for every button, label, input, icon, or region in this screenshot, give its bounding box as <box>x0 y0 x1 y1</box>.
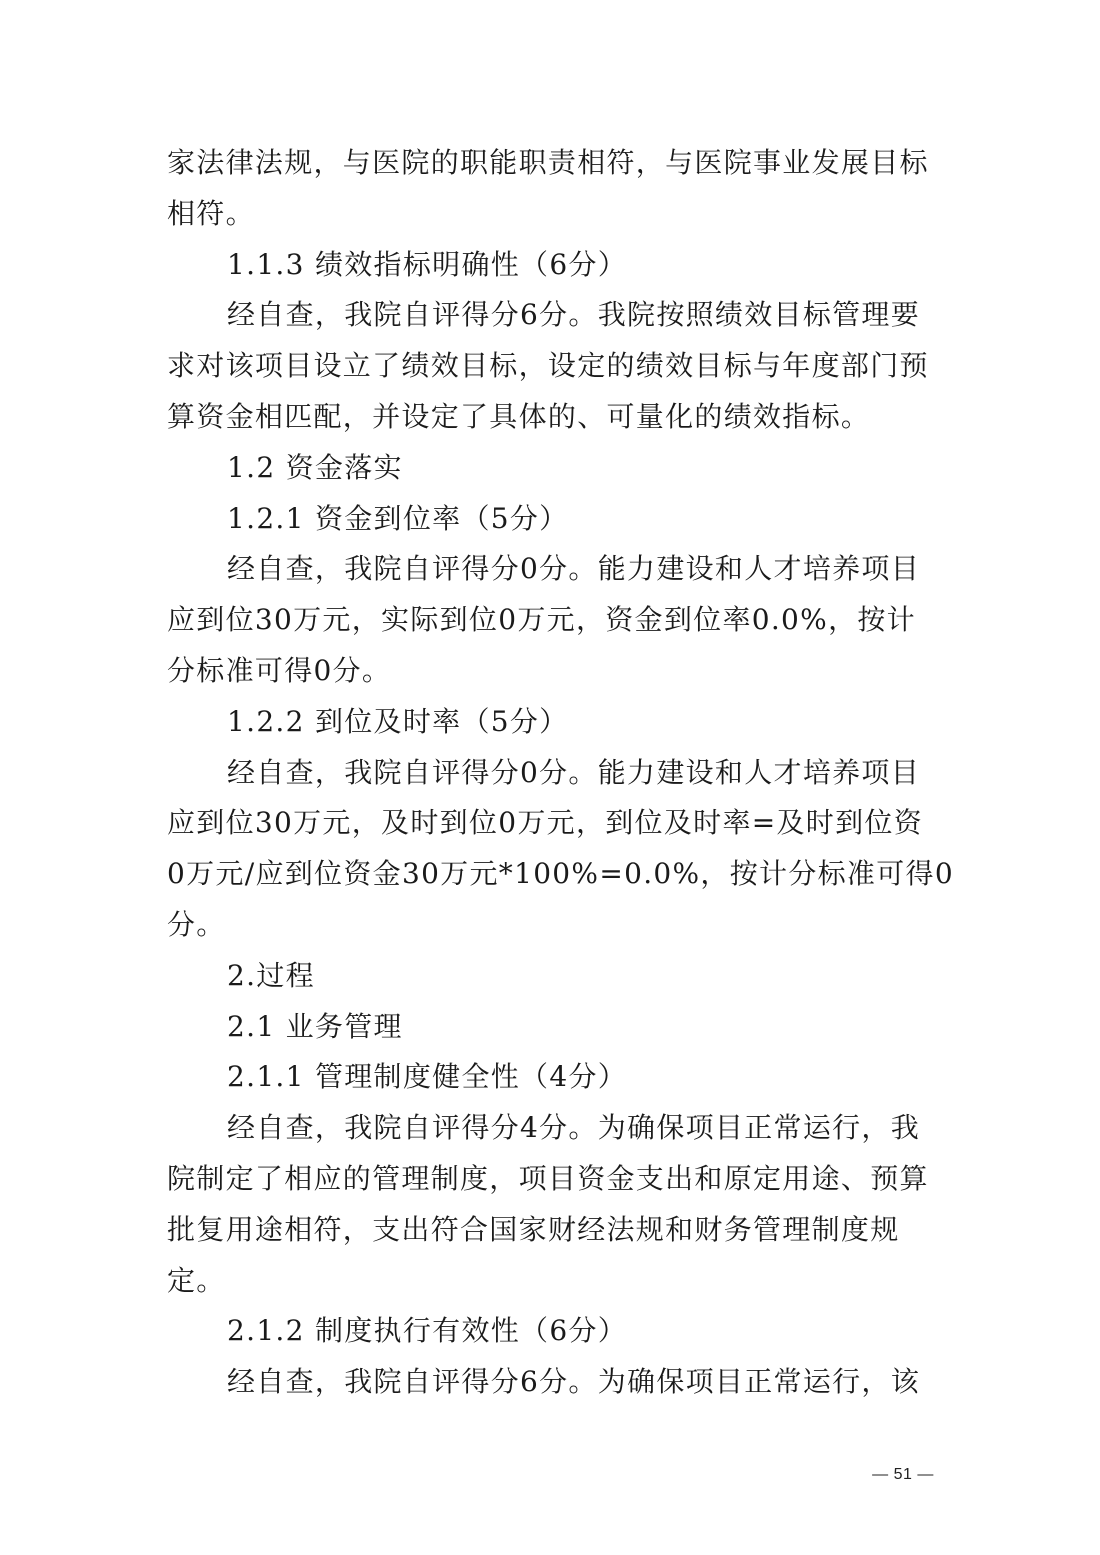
section-heading-2-1-1: 2.1.1 管理制度健全性（4分） <box>167 1052 935 1103</box>
section-heading-1-2-2: 1.2.2 到位及时率（5分） <box>167 697 935 748</box>
text-line: 定。 <box>167 1256 935 1307</box>
section-heading-1-2-1: 1.2.1 资金到位率（5分） <box>167 494 935 545</box>
text-line: 经自查，我院自评得分6分。我院按照绩效目标管理要 <box>167 290 935 341</box>
section-heading-1-2: 1.2 资金落实 <box>167 443 935 494</box>
text-line: 应到位30万元，及时到位0万元，到位及时率=及时到位资 <box>167 798 935 849</box>
section-heading-1-1-3: 1.1.3 绩效指标明确性（6分） <box>167 240 935 291</box>
text-line: 应到位30万元，实际到位0万元，资金到位率0.0%，按计 <box>167 595 935 646</box>
text-line: 经自查，我院自评得分6分。为确保项目正常运行，该 <box>167 1357 935 1408</box>
document-page: 家法律法规，与医院的职能职责相符，与医院事业发展目标 相符。 1.1.3 绩效指… <box>0 0 1100 1555</box>
text-line: 算资金相匹配，并设定了具体的、可量化的绩效指标。 <box>167 392 935 443</box>
section-heading-2-1-2: 2.1.2 制度执行有效性（6分） <box>167 1306 935 1357</box>
text-line: 求对该项目设立了绩效目标，设定的绩效目标与年度部门预 <box>167 341 935 392</box>
text-line: 批复用途相符，支出符合国家财经法规和财务管理制度规 <box>167 1205 935 1256</box>
text-line: 经自查，我院自评得分0分。能力建设和人才培养项目 <box>167 544 935 595</box>
page-number: — 51 — <box>868 1466 938 1484</box>
text-line: 0万元/应到位资金30万元*100%=0.0%，按计分标准可得0 <box>167 849 935 900</box>
text-line: 相符。 <box>167 189 935 240</box>
text-line: 经自查，我院自评得分4分。为确保项目正常运行，我 <box>167 1103 935 1154</box>
text-line: 分标准可得0分。 <box>167 646 935 697</box>
text-line: 经自查，我院自评得分0分。能力建设和人才培养项目 <box>167 748 935 799</box>
section-heading-2: 2.过程 <box>167 951 935 1002</box>
text-line: 家法律法规，与医院的职能职责相符，与医院事业发展目标 <box>167 138 935 189</box>
section-heading-2-1: 2.1 业务管理 <box>167 1002 935 1053</box>
text-line: 分。 <box>167 900 935 951</box>
text-line: 院制定了相应的管理制度，项目资金支出和原定用途、预算 <box>167 1154 935 1205</box>
document-body: 家法律法规，与医院的职能职责相符，与医院事业发展目标 相符。 1.1.3 绩效指… <box>167 138 935 1408</box>
